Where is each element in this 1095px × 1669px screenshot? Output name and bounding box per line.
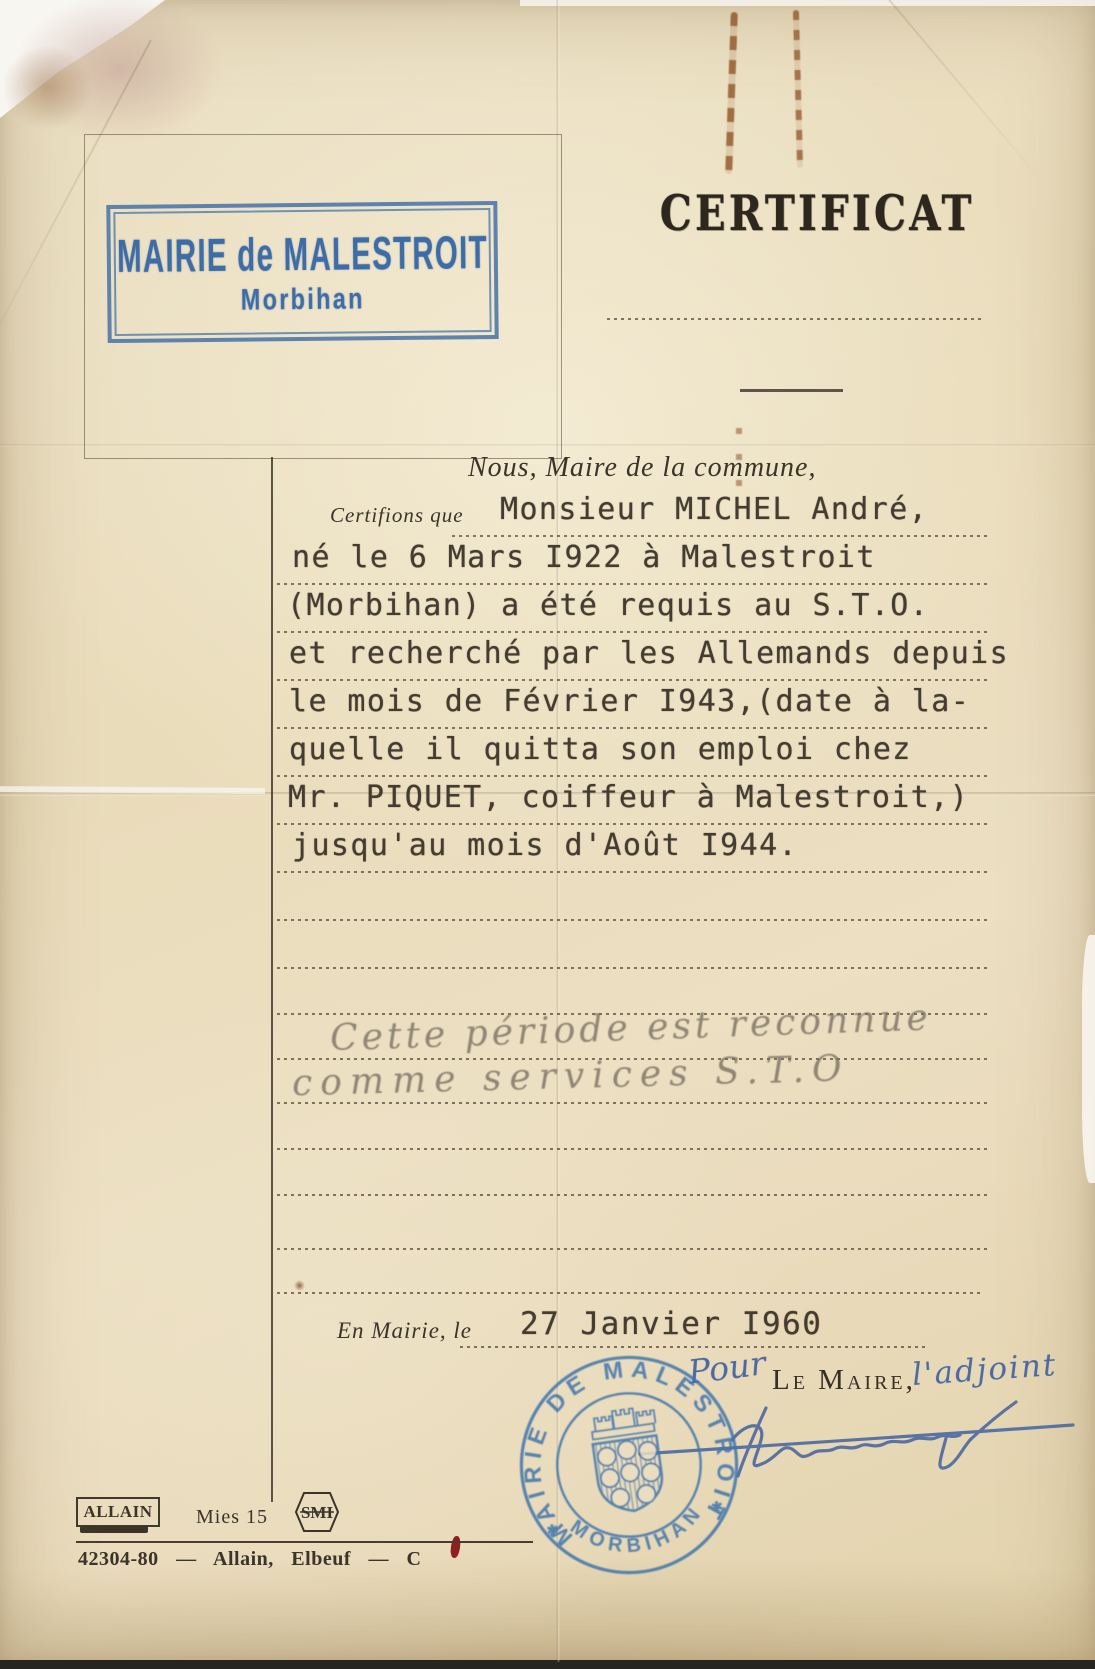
scanned-certificate: MAIRIE de MALESTROIT Morbihan CERTIFICAT… (0, 0, 1095, 1669)
dotted-rule-empty (277, 967, 990, 969)
intro-line: Nous, Maire de la commune, (468, 452, 816, 484)
dotted-rule (277, 871, 990, 873)
dotted-rule-empty (277, 1148, 990, 1150)
box-stamp-line2: Morbihan (241, 282, 365, 317)
printer-rule (76, 1541, 533, 1543)
paper-edge-gap-right (1082, 935, 1095, 1183)
stamp-star-left: ✱ (546, 1521, 560, 1539)
dotted-rule-empty (277, 1194, 990, 1196)
dotted-rule (277, 679, 990, 681)
smi-logo: SMI (293, 1490, 341, 1534)
typed-line: jusqu'au mois d'Août I944. (292, 828, 798, 863)
paper-edge-gap-top (520, 0, 1095, 6)
smi-logo-text: SMI (301, 1503, 334, 1522)
dotted-rule (277, 631, 990, 633)
title-dotted-rule (607, 318, 982, 320)
typed-line: et recherché par les Allemands depuis (289, 636, 1009, 671)
typed-line: le mois de Février I943,(date à la- (289, 684, 970, 719)
allain-logo-bar (80, 1526, 148, 1533)
dotted-rule-empty (277, 1248, 990, 1250)
dotted-rule (277, 1102, 990, 1104)
coat-of-arms (589, 1405, 668, 1517)
box-stamp-line1: MAIRIE de MALESTROIT (117, 225, 488, 283)
dotted-rule (277, 775, 990, 777)
typed-line: quelle il quitta son emploi chez (289, 732, 912, 767)
typed-name-line: Monsieur MICHEL André, (500, 492, 928, 527)
scanner-edge-strip (0, 1660, 1095, 1669)
round-official-stamp: MAIRIE DE MALESTROIT MORBIHAN ✱ ✱ (497, 1333, 761, 1597)
dotted-rule (277, 583, 990, 585)
dotted-rule-empty (277, 919, 990, 921)
allain-logo: ALLAIN (76, 1497, 160, 1527)
typed-line: Mr. PIQUET, coiffeur à Malestroit,) (288, 780, 969, 815)
dotted-rule (277, 823, 990, 825)
dotted-rule (277, 727, 990, 729)
document-title: CERTIFICAT (660, 184, 931, 242)
printer-reference: 42304-80 — Allain, Elbeuf — C (78, 1548, 421, 1571)
stamp-star-right: ✱ (710, 1498, 724, 1516)
mairie-box-stamp: MAIRIE de MALESTROIT Morbihan (106, 201, 498, 343)
certify-label: Certifions que (330, 503, 464, 528)
title-underline (740, 389, 843, 392)
typed-date: 27 Janvier I960 (520, 1306, 822, 1342)
date-label: En Mairie, le (337, 1318, 472, 1344)
dotted-rule-empty (277, 1292, 982, 1294)
printer-model: Mies 15 (196, 1506, 268, 1529)
typed-line: (Morbihan) a été requis au S.T.O. (287, 588, 929, 623)
dotted-rule (452, 535, 990, 537)
typed-line: né le 6 Mars I922 à Malestroit (292, 540, 876, 575)
